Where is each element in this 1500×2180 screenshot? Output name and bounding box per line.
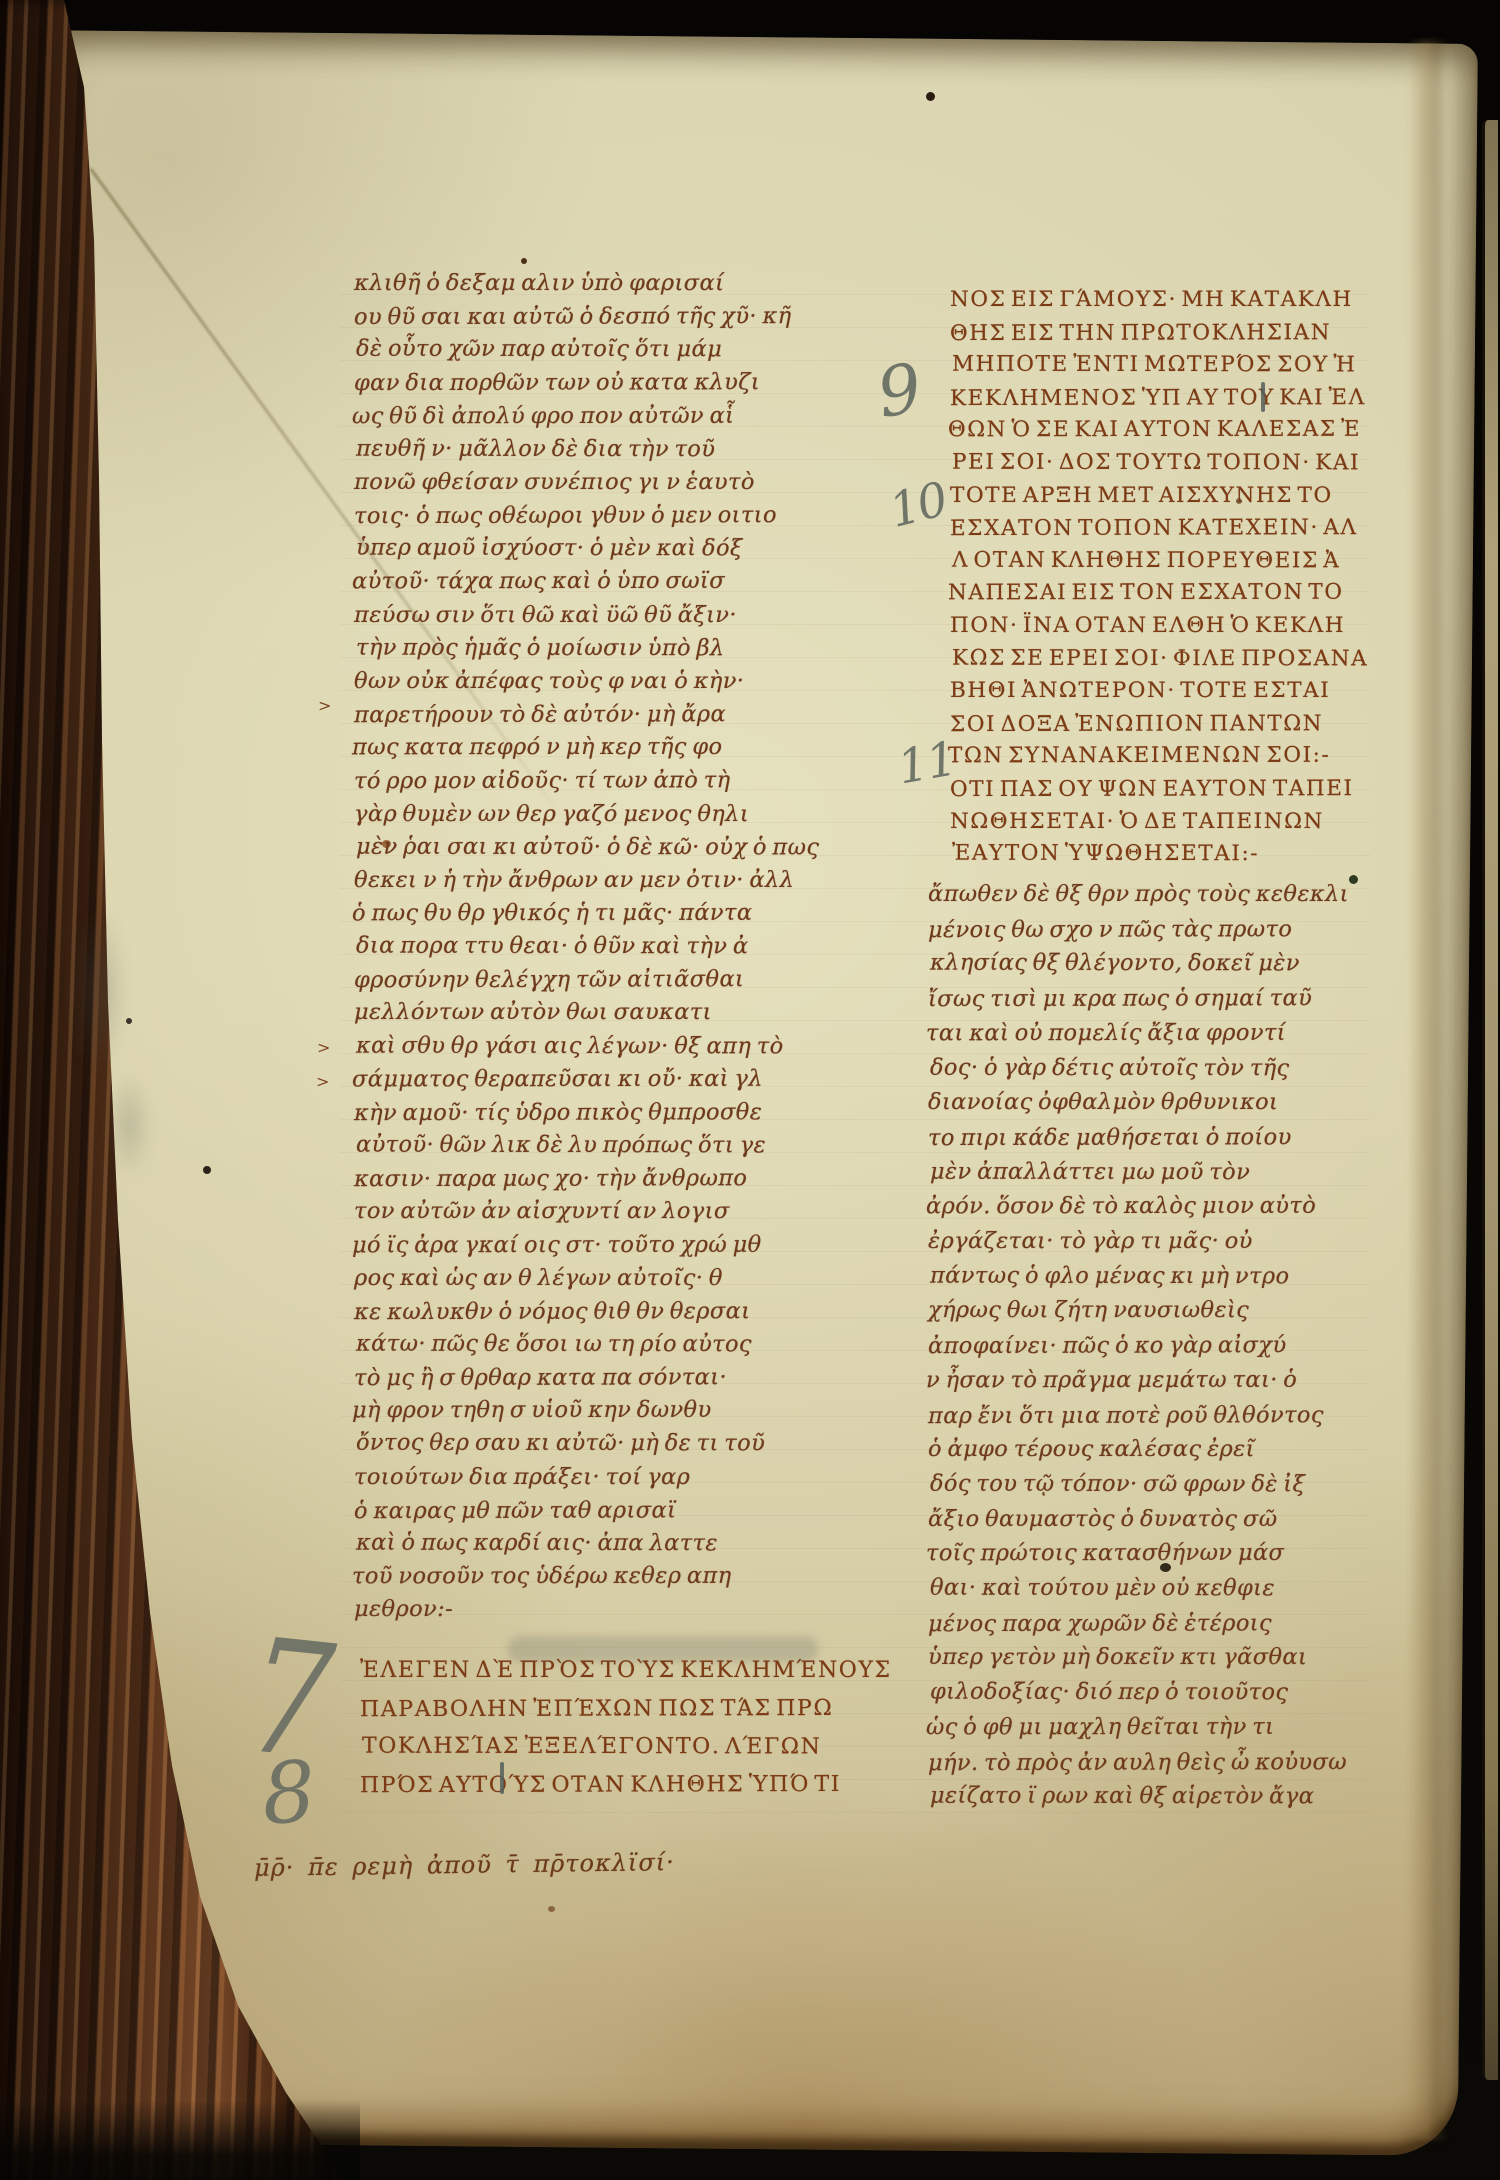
- gospel-line: ΚΩΣ ΣΕ ΕΡΕΙ ΣΟΙ· ΦΙΛΕ ΠΡΟΣΑΝΑ: [952, 642, 1352, 675]
- commentary-line: ὁ πως θυ θρ γθικός ἡ τι μᾶς· πάντα: [352, 897, 822, 931]
- commentary-line: ὁ καιρας μθ πῶν ταθ αρισαϊ: [354, 1494, 824, 1528]
- binding-shadow: [0, 2100, 360, 2180]
- gospel-line: Λ ΟΤΑΝ ΚΛΗΘΗΣ ΠΟΡΕΥΘΕΙΣ Ἀ: [952, 544, 1352, 577]
- commentary-line: δος· ὁ γὰρ δέτις αὐτοῖς τὸν τῆς: [930, 1050, 1370, 1085]
- gospel-line: ΟΤΙ ΠΑΣ ΟΥ ΨΩΝ ΕΑΥΤΟΝ ΤΑΠΕΙ: [950, 773, 1350, 807]
- commentary-line: αὐτοῦ· θῶν λικ δὲ λυ πρόπως ὅτι γε: [356, 1129, 826, 1163]
- commentary-line: διανοίας ὀφθαλμὸν θρθυνικοι: [928, 1085, 1368, 1120]
- commentary-line: καὶ ὁ πως καρδί αις· ἀπα λαττε: [356, 1527, 826, 1561]
- diple-mark: >: [317, 1038, 330, 1057]
- page-fold-crease: [1408, 40, 1448, 2140]
- gospel-line: ΝΑΠΕΣΑΙ ΕΙΣ ΤΟΝ ΕΣΧΑΤΟΝ ΤΟ: [948, 577, 1348, 610]
- ink-speck: [926, 92, 935, 101]
- diple-mark: >: [316, 1072, 329, 1091]
- commentary-line: ἀποφαίνει· πῶς ὁ κο γὰρ αἰσχύ: [928, 1328, 1368, 1364]
- manuscript-photo: κλιθῆ ὁ δεξαμ αλιν ὑπὸ φαρισαίου θῦ σαι …: [0, 0, 1500, 2180]
- commentary-line: κε κωλυκθν ὁ νόμος θιθ θν θερσαι: [354, 1295, 824, 1329]
- commentary-line: τοις· ὁ πως οθέωροι γθυν ὁ μεν οιτιο: [354, 499, 824, 533]
- commentary-line: το πιρι κάδε μαθήσεται ὁ ποίου: [928, 1120, 1368, 1156]
- commentary-line: πονῶ φθείσαν συνέπιος γι ν ἑαυτὸ: [354, 466, 824, 499]
- insertion-bar: [1261, 382, 1265, 412]
- commentary-line: ὁ ἀμφο τέρους καλέσας ἐρεῖ: [928, 1432, 1368, 1467]
- commentary-line: ὡς ὁ φθ μι μαχλη θεῖται τὴν τι: [926, 1710, 1366, 1745]
- commentary-line: πεύσω σιν ὅτι θῶ καὶ ϋῶ θῦ ἄξιν·: [354, 599, 824, 632]
- commentary-line: ὑπερ αμοῦ ἰσχύοστ· ὁ μὲν καὶ δόξ: [356, 532, 826, 566]
- commentary-line: ἀρόν. ὅσον δὲ τὸ καλὸς μιον αὐτὸ: [926, 1189, 1366, 1224]
- commentary-line: μελλόντων αὐτὸν θωι σαυκατι: [354, 996, 824, 1029]
- gospel-line: ἘΑΥΤΟΝ ὙΨΩΘΗΣΕΤΑΙ:-: [952, 838, 1352, 871]
- commentary-line: πάντως ὁ φλο μένας κι μὴ ντρο: [930, 1258, 1370, 1293]
- commentary-line: τοῖς πρώτοις κατασθήνων μάσ: [926, 1536, 1366, 1571]
- commentary-line: κασιν· παρα μως χο· τὴν ἄνθρωπο: [354, 1162, 824, 1196]
- gospel-line: ΠΟΝ· ΪΝΑ ΟΤΑΝ ΕΛΘΗ Ὁ ΚΕΚΛΗ: [950, 610, 1350, 643]
- commentary-line: καὶ σθυ θρ γάσι αις λέγων· θξ απη τὸ: [356, 1029, 826, 1063]
- gospel-line: ΘΗΣ ΕΙΣ ΤΗΝ ΠΡΩΤΟΚΛΗΣΙΑΝ: [950, 317, 1350, 351]
- gospel-line: ΕΣΧΑΤΟΝ ΤΟΠΟΝ ΚΑΤΕΧΕΙΝ· ΑΛ: [950, 512, 1350, 546]
- commentary-line: παρ ἔνι ὅτι μια ποτὲ ροῦ θλθόντος: [928, 1398, 1368, 1434]
- ink-speck: [203, 1166, 211, 1174]
- commentary-line: δὲ οὗτο χῶν παρ αὐτοῖς ὅτι μάμ: [356, 333, 826, 367]
- commentary-line: μείζατο ϊ ρων καὶ θξ αἱρετὸν ἄγα: [930, 1779, 1370, 1814]
- commentary-line: γὰρ θυμὲν ων θερ γαζό μενος θηλι: [354, 798, 824, 831]
- commentary-line: πευθῆ ν· μᾶλλον δὲ δια τὴν τοῦ: [356, 432, 826, 466]
- diple-mark: >: [318, 696, 331, 715]
- commentary-line: μό ϊς ἀρα γκαί οις στ· τοῦτο χρώ μθ: [352, 1228, 822, 1262]
- commentary-line: φιλοδοξίας· διό περ ὁ τοιοῦτος: [930, 1675, 1370, 1710]
- commentary-line: μὲν ἀπαλλάττει μω μοῦ τὸν: [930, 1154, 1370, 1189]
- rust-speck: [548, 1906, 555, 1912]
- commentary-line: θων οὐκ ἀπέφας τοὺς φ ναι ὁ κὴν·: [354, 665, 824, 698]
- chapter-title-footer: μ̄ρ̄· π̄ε ρεμὴ ἀποῦ τ̄ πρ̄τοκλϊσί·: [254, 1848, 675, 1882]
- commentary-line: ὄντος θερ σαυ κι αὐτῶ· μὴ δε τι τοῦ: [356, 1427, 826, 1461]
- commentary-line: τὴν πρὸς ἡμᾶς ὁ μοίωσιν ὑπὸ βλ: [356, 631, 826, 665]
- commentary-line: αὐτοῦ· τάχα πως καὶ ὁ ὑπο σωϊσ: [352, 565, 822, 599]
- commentary-line: χήρως θωι ζήτη ναυσιωθεὶς: [928, 1293, 1368, 1328]
- commentary-line: ἐργάζεται· τὸ γὰρ τι μᾶς· οὐ: [928, 1224, 1368, 1259]
- commentary-line: τοῦ νοσοῦν τος ὑδέρω κεθερ απη: [352, 1560, 822, 1594]
- commentary-line: τό ρρο μον αἰδοῦς· τί των ἀπὸ τὴ: [354, 764, 824, 798]
- commentary-line: πως κατα πεφρό ν μὴ κερ τῆς φο: [352, 731, 822, 765]
- commentary-line: ται καὶ οὐ πομελίς ἄξια φροντί: [926, 1016, 1366, 1051]
- ink-speck: [521, 258, 527, 264]
- right-column-commentary: ἄπωθεν δὲ θξ θρν πρὸς τοὺς κεθεκλιμένοις…: [928, 877, 1368, 1814]
- left-column-gospel-uncial: ἘΛΕΓΕΝ ΔῈ ΠΡῸΣ ΤΟῪΣ ΚΕΚΛΗΜΈΝΟΥΣΠΑΡΑΒΟΛΗΝ…: [360, 1652, 800, 1804]
- right-column-gospel-uncial: ΝΟΣ ΕΙΣ ΓΆΜΟΥΣ· ΜΗ ΚΑΤΑΚΛΗΘΗΣ ΕΙΣ ΤΗΝ ΠΡ…: [950, 284, 1350, 871]
- commentary-line: μεθρον:-: [354, 1593, 824, 1626]
- next-leaf-edge: [1482, 120, 1498, 2080]
- gospel-line: ΤΟΤΕ ΑΡΞΗ ΜΕΤ ΑΙΣΧΥΝΗΣ ΤΟ: [950, 480, 1350, 513]
- commentary-line: δια πορα ττυ θεαι· ὁ θῦν καὶ τὴν ἀ: [356, 930, 826, 964]
- commentary-line: ἄξιο θαυμαστὸς ὁ δυνατὸς σῶ: [928, 1502, 1368, 1537]
- commentary-line: μὲν ῥαι σαι κι αὐτοῦ· ὁ δὲ κῶ· οὐχ ὁ πως: [356, 830, 826, 864]
- commentary-line: φαν δια πορθῶν των οὐ κατα κλυζι: [354, 366, 824, 400]
- insertion-bar: [500, 1762, 504, 1794]
- commentary-line: θαι· καὶ τούτου μὲν οὐ κεθφιε: [930, 1571, 1370, 1606]
- commentary-line: κάτω· πῶς θε ὅσοι ιω τη ρίο αὐτος: [356, 1328, 826, 1362]
- gospel-line: ΠΑΡΑΒΟΛΗΝ ἘΠΈΧΩΝ ΠΩΣ ΤΆΣ ΠΡΩ: [360, 1690, 800, 1729]
- gospel-line: ΒΗΘΙ ἈΝΩΤΕΡΟΝ· ΤΟΤΕ ΕΣΤΑΙ: [950, 675, 1350, 708]
- gospel-line: ΝΩΘΗΣΕΤΑΙ· Ὁ ΔΕ ΤΑΠΕΙΝΩΝ: [950, 806, 1350, 839]
- commentary-line: μένος παρα χωρῶν δὲ ἑτέροις: [928, 1606, 1368, 1642]
- commentary-line: ν ἦσαν τὸ πρᾶγμα μεμάτω ται· ὁ: [926, 1363, 1366, 1398]
- commentary-line: τοιούτων δια πράξει· τοί γαρ: [354, 1461, 824, 1494]
- commentary-line: θεκει ν ἡ τὴν ἄνθρων αν μεν ὀτιν· ἀλλ: [354, 864, 824, 897]
- gospel-line: ΤΩΝ ΣΥΝΑΝΑΚΕΙΜΕΝΩΝ ΣΟΙ:-: [948, 740, 1348, 773]
- gospel-line: ΝΟΣ ΕΙΣ ΓΆΜΟΥΣ· ΜΗ ΚΑΤΑΚΛΗ: [950, 284, 1350, 317]
- gospel-line: ΜΗΠΟΤΕ ἘΝΤΙ ΜΩΤΕΡΌΣ ΣΟΥ Ἠ: [952, 349, 1352, 382]
- commentary-line: κλησίας θξ θλέγοντο, δοκεῖ μὲν: [930, 946, 1370, 981]
- commentary-line: τὸ μς ἢ σ θρθαρ κατα πα σόνται·: [354, 1361, 824, 1395]
- gospel-line: ΚΕΚΛΗΜΕΝΟΣ ὙΠ ΑΥ ΤΟΥ ΚΑΙ ἘΛ: [950, 382, 1350, 416]
- commentary-line: μήν. τὸ πρὸς ἀν αυλη θεὶς ὦ κοὐυσω: [928, 1745, 1368, 1781]
- commentary-line: μὴ φρον τηθη σ υἱοῦ κην δωνθυ: [352, 1394, 822, 1428]
- gospel-line: ΠΡΌΣ ΑΥΤΟΎΣ ΟΤΑΝ ΚΛΗΘΗΣ ὙΠΌ ΤΙ: [360, 1766, 800, 1805]
- commentary-line: κλιθῆ ὁ δεξαμ αλιν ὑπὸ φαρισαί: [354, 267, 824, 300]
- commentary-line: μένοις θω σχο ν πῶς τὰς πρωτο: [928, 912, 1368, 948]
- commentary-line: κὴν αμοῦ· τίς ὑδρο πικὸς θμπροσθε: [354, 1096, 824, 1130]
- verse-number-11: 11: [894, 731, 960, 795]
- commentary-line: ως θῦ δὶ ἀπολύ φρο πον αὐτῶν αἷ: [352, 399, 822, 433]
- gospel-line: ΣΟΙ ΔΟΞΑ ἘΝΩΠΙΟΝ ΠΑΝΤΩΝ: [950, 708, 1350, 742]
- gospel-line: ΤΟΚΛΗΣΊΑΣ ἘΞΕΛΈΓΟΝΤΟ. ΛΈΓΩΝ: [362, 1728, 802, 1767]
- commentary-line: δός του τῷ τόπον· σῶ φρων δὲ ἰξ: [930, 1467, 1370, 1502]
- ink-speck: [126, 1018, 132, 1024]
- commentary-line: ρος καὶ ὡς αν θ λέγων αὐτοῖς· θ: [354, 1262, 824, 1295]
- left-column-commentary: κλιθῆ ὁ δεξαμ αλιν ὑπὸ φαρισαίου θῦ σαι …: [354, 267, 824, 1626]
- verse-number-8: 8: [259, 1742, 319, 1843]
- gospel-line: ΘΩΝ Ὁ ΣΕ ΚΑΙ ΑΥΤΟΝ ΚΑΛΕΣΑΣ Ἐ: [948, 414, 1348, 447]
- commentary-line: σάμματος θεραπεῦσαι κι οὔ· καὶ γλ: [352, 1062, 822, 1096]
- commentary-line: φροσύνην θελέγχη τῶν αἰτιᾶσθαι: [354, 963, 824, 997]
- commentary-line: παρετήρουν τὸ δὲ αὐτόν· μὴ ἄρα: [354, 698, 824, 732]
- gospel-line: ἘΛΕΓΕΝ ΔῈ ΠΡῸΣ ΤΟῪΣ ΚΕΚΛΗΜΈΝΟΥΣ: [360, 1652, 800, 1690]
- commentary-line: ἴσως τισὶ μι κρα πως ὁ σημαί ταῦ: [928, 981, 1368, 1017]
- commentary-line: ου θῦ σαι και αὐτῶ ὁ δεσπό τῆς χῦ· κῆ: [354, 300, 824, 334]
- commentary-line: ὑπερ γετὸν μὴ δοκεῖν κτι γᾶσθαι: [928, 1640, 1368, 1675]
- gospel-line: ΡΕΙ ΣΟΙ· ΔΟΣ ΤΟΥΤΩ ΤΟΠΟΝ· ΚΑΙ: [952, 447, 1352, 480]
- commentary-line: ἄπωθεν δὲ θξ θρν πρὸς τοὺς κεθεκλι: [928, 877, 1368, 912]
- commentary-line: τον αὐτῶν ἀν αἰσχυντί αν λογισ: [354, 1195, 824, 1228]
